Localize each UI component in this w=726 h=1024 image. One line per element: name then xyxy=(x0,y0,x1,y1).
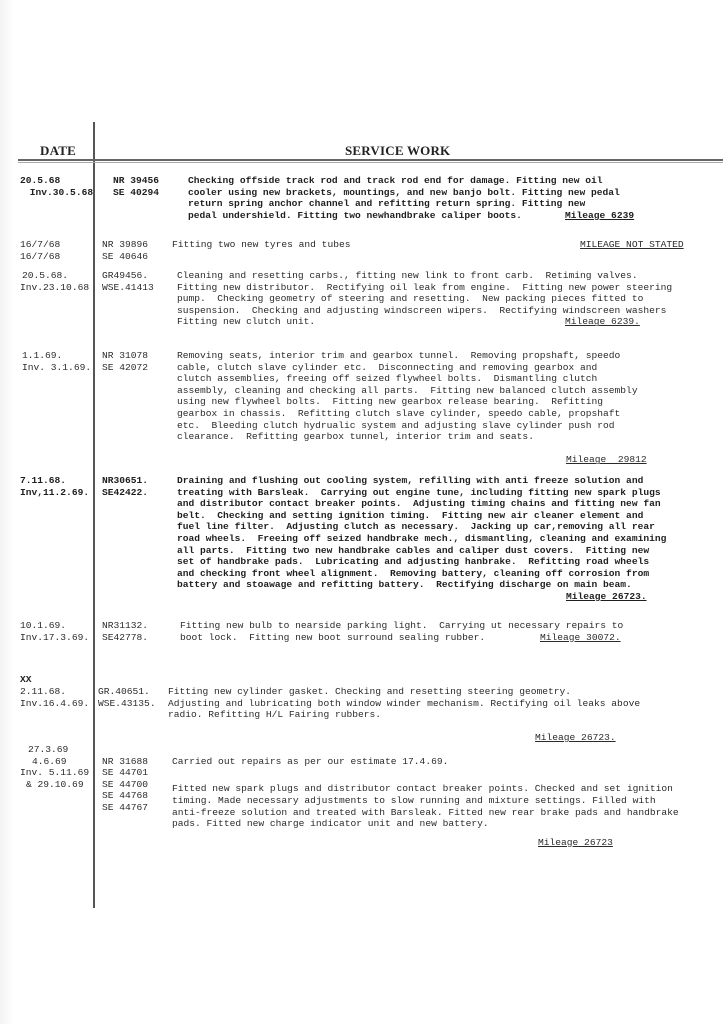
entry-date: 20.5.68 xyxy=(20,175,60,187)
entry-work-line: gearbox in chassis. Refitting clutch sla… xyxy=(177,408,620,420)
entry-date: 7.11.68. xyxy=(20,475,66,487)
entry-work-line: anti-freeze solution and treated with Ba… xyxy=(172,807,679,819)
entry-ref: SE 44768 xyxy=(102,790,148,802)
entry-work-line: Fitting two new tyres and tubes xyxy=(172,239,350,251)
entry-work-line: Fitting new clutch unit. xyxy=(177,316,315,328)
entry-work-line: Fitting new bulb to nearside parking lig… xyxy=(180,620,623,632)
entry-work-line: battery and stoawage and refitting batte… xyxy=(177,579,632,591)
entry-work-line: Fitting new distributor. Rectifying oil … xyxy=(177,282,672,294)
entry-date: Inv.30.5.68 xyxy=(24,187,93,199)
entry-ref: NR 31688 xyxy=(102,756,148,768)
entry-work-line: Draining and flushing out cooling system… xyxy=(177,475,643,487)
header-rule xyxy=(18,159,723,161)
entry-work-line: etc. Bleeding clutch hydrualic system an… xyxy=(177,420,615,432)
entry-date: Inv. 5.11.69 xyxy=(20,767,89,779)
entry-work-line: clutch assemblies, freeing off seized fl… xyxy=(177,373,597,385)
entry-date: 10.1.69. xyxy=(20,620,66,632)
entry-ref: GR49456. xyxy=(102,270,148,282)
entry-ref: SE 40294 xyxy=(113,187,159,199)
entry-work-line: timing. Made necessary adjustments to sl… xyxy=(172,795,656,807)
entry-ref: NR 39896 xyxy=(102,239,148,251)
entry-work-line: all parts. Fitting two new handbrake cab… xyxy=(177,545,649,557)
entry-work-line: set of handbrake pads. Lubricating and a… xyxy=(177,556,649,568)
entry-ref: SE 40646 xyxy=(102,251,148,263)
date-header: DATE xyxy=(40,143,76,159)
entry-ref: NR30651. xyxy=(102,475,148,487)
entry-ref: NR 31078 xyxy=(102,350,148,362)
entry-ref: SE 44701 xyxy=(102,767,148,779)
entry-ref: SE 44700 xyxy=(102,779,148,791)
entry-ref: NR31132. xyxy=(102,620,148,632)
entry-ref: SE 44767 xyxy=(102,802,148,814)
entry-date: Inv.23.10.68 xyxy=(20,282,89,294)
entry-work-line: Removing seats, interior trim and gearbo… xyxy=(177,350,620,362)
entry-ref: SE42778. xyxy=(102,632,148,644)
entry-date: 27.3.69 xyxy=(28,744,68,756)
entry-work-line: return spring anchor channel and refitti… xyxy=(188,198,585,210)
entry-work-line: cable, clutch slave cylinder etc. Discon… xyxy=(177,362,597,374)
entry-ref: WSE.41413 xyxy=(102,282,154,294)
entry-work-line: Checking offside track rod and track rod… xyxy=(188,175,603,187)
entry-work-line: fuel line filter. Adjusting clutch as ne… xyxy=(177,521,655,533)
entry-work-line: and checking front wheel alignment. Remo… xyxy=(177,568,649,580)
entry-work-line: Cleaning and resetting carbs., fitting n… xyxy=(177,270,638,282)
service-record-page: DATE SERVICE WORK 20.5.68 Inv.30.5.68NR … xyxy=(0,0,726,1024)
entry-date: 16/7/68 xyxy=(20,251,60,263)
entry-work-line: cooler using new brackets, mountings, an… xyxy=(188,187,620,199)
entry-mileage: Mileage 26723 xyxy=(538,837,613,849)
entry-mileage: Mileage 29812 xyxy=(566,454,647,466)
entry-work-line: Carried out repairs as per our estimate … xyxy=(172,756,448,768)
entry-work-line: and distributor contact breaker points. … xyxy=(177,498,661,510)
entry-work-line: belt. Checking and setting ignition timi… xyxy=(177,510,643,522)
entry-date: Inv.17.3.69. xyxy=(20,632,89,644)
entry-work-line: Fitted new spark plugs and distributor c… xyxy=(172,783,673,795)
entry-work-line: pump. Checking geometry of steering and … xyxy=(177,293,643,305)
entry-date: 16/7/68 xyxy=(20,239,60,251)
entry-mileage: Mileage 26723. xyxy=(535,732,616,744)
entry-mileage: Mileage 6239 xyxy=(565,210,634,222)
entry-work-line: clearance. Refitting gearbox tunnel, int… xyxy=(177,431,534,443)
entry-date: Inv,11.2.69. xyxy=(20,487,89,499)
entry-date: Inv. 3.1.69. xyxy=(22,362,91,374)
entry-work-line: assembly, cleaning and checking all part… xyxy=(177,385,638,397)
entry-date: & 29.10.69 xyxy=(26,779,84,791)
entry-work-line: pedal undershield. Fitting two newhandbr… xyxy=(188,210,522,222)
entry-ref: WSE.43135. xyxy=(98,698,156,710)
entry-date: 2.11.68. xyxy=(20,686,66,698)
entry-work-line: using new flywheel bolts. Fitting new ge… xyxy=(177,396,603,408)
entry-mileage: MILEAGE NOT STATED xyxy=(580,239,684,251)
column-divider xyxy=(93,122,95,908)
entry-ref: SE 42072 xyxy=(102,362,148,374)
entry-work-line: treating with Barsleak. Carrying out eng… xyxy=(177,487,661,499)
entry-work-line: Fitting new cylinder gasket. Checking an… xyxy=(168,686,571,698)
entry-date: 20.5.68. xyxy=(22,270,68,282)
entry-work-line: boot lock. Fitting new boot surround sea… xyxy=(180,632,485,644)
entry-ref: NR 39456 xyxy=(113,175,159,187)
entry-work-line: pads. Fitted new charge indicator unit a… xyxy=(172,818,489,830)
entry-mileage: Mileage 6239. xyxy=(565,316,640,328)
entry-work-line: radio. Refitting H/L Fairing rubbers. xyxy=(168,709,381,721)
entry-work-line: suspension. Checking and adjusting winds… xyxy=(177,305,666,317)
entry-mark: XX xyxy=(20,674,32,686)
entry-mileage: Mileage 26723. xyxy=(566,591,647,603)
service-work-header: SERVICE WORK xyxy=(345,143,450,159)
entry-date: 1.1.69. xyxy=(22,350,62,362)
entry-ref: SE42422. xyxy=(102,487,148,499)
entry-work-line: road wheels. Freeing off seized handbrak… xyxy=(177,533,666,545)
entry-ref: GR.40651. xyxy=(98,686,150,698)
entry-date: 4.6.69 xyxy=(32,756,67,768)
entry-date: Inv.16.4.69. xyxy=(20,698,89,710)
entry-mileage: Mileage 30072. xyxy=(540,632,621,644)
entry-work-line: Adjusting and lubricating both window wi… xyxy=(168,698,640,710)
